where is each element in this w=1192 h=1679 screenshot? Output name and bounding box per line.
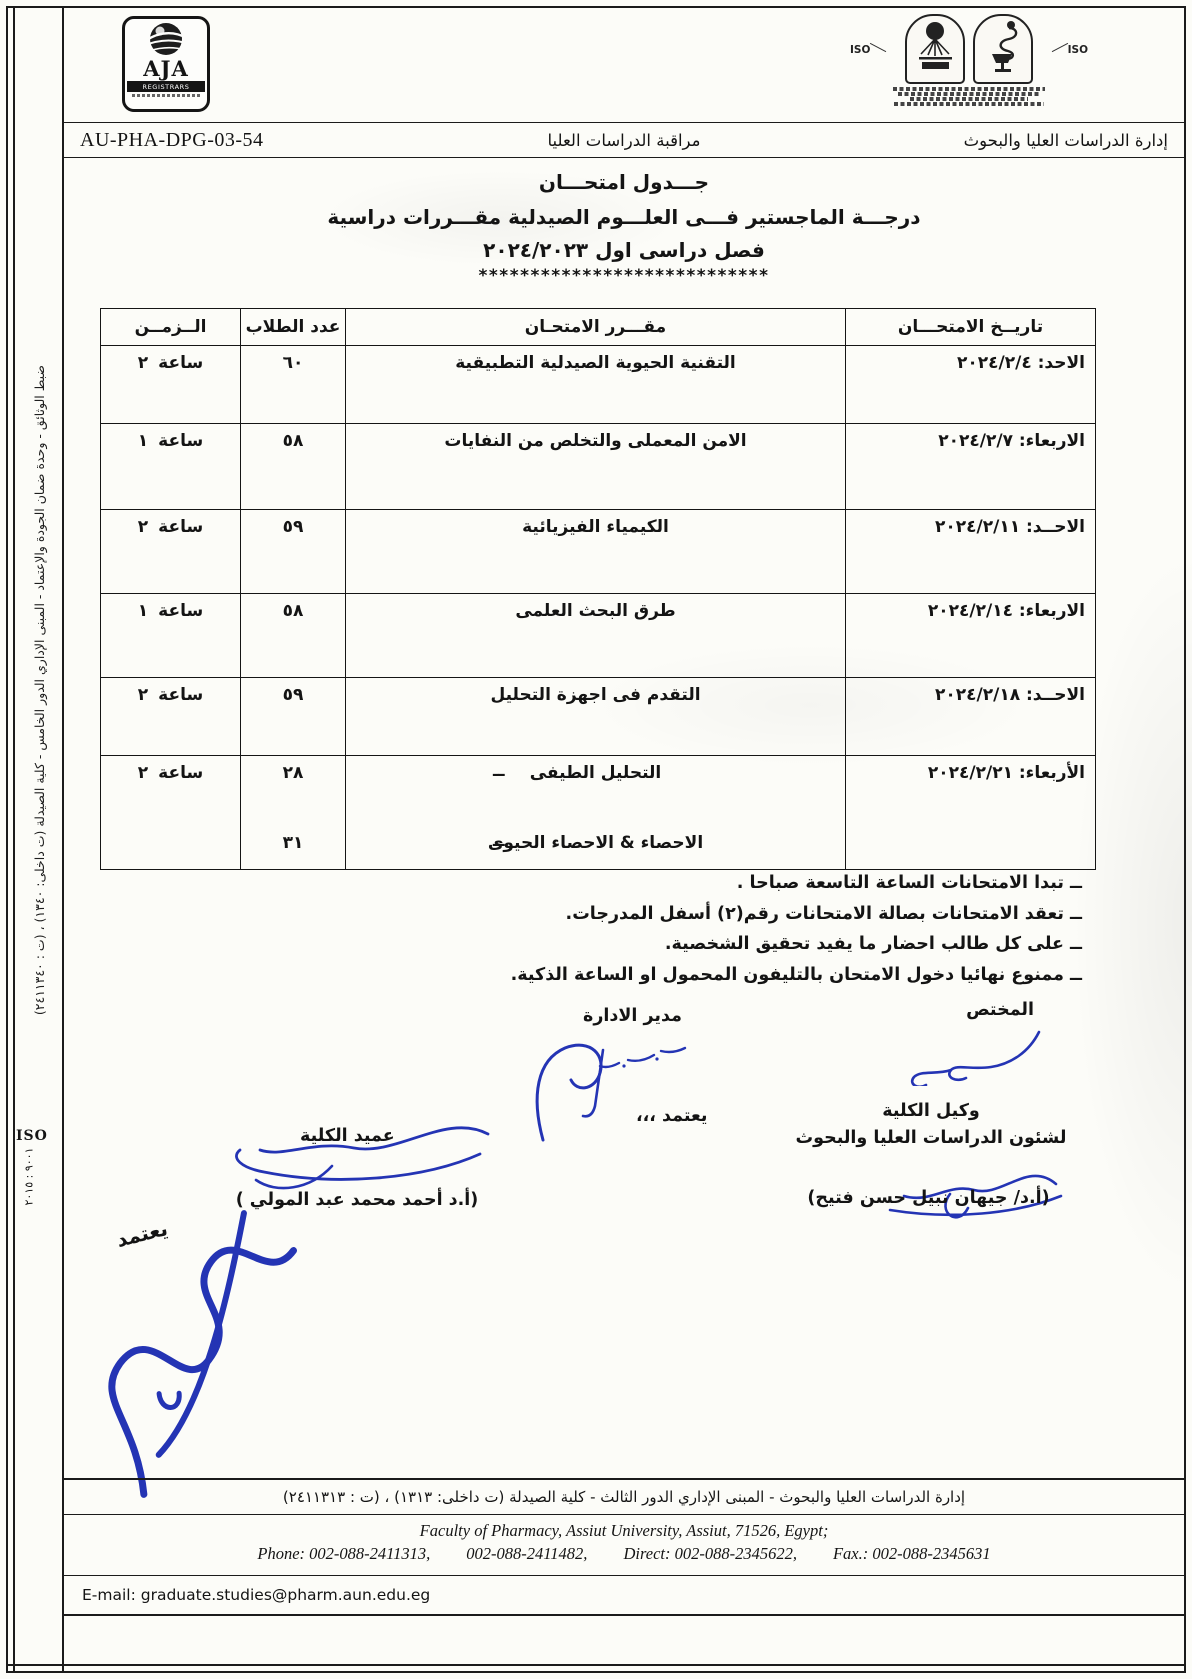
table-row: الاحد: ٢٠٢٤/٢/٤التقنية الحيوية الصيدلية … [101,346,1096,424]
note-item: ــ تبدا الامتحانات الساعة التاسعة صباحا … [120,872,1082,896]
student-count-cell: ٢٨٣١ [241,756,346,870]
certification-stamps: ISO ISO [884,14,1054,107]
exam-date-cell: الاحــد: ٢٠٢٤/٢/١١ [846,510,1096,594]
duration-cell: ٢ساعة [101,346,241,424]
student-count-cell: ٥٨ [241,594,346,678]
student-count-cell: ٥٨ [241,424,346,510]
header-center-label: مراقبة الدراسات العليا [548,131,701,150]
footer-phone-direct: Direct: 002-088-2345622, [623,1544,797,1564]
column-header-student-count: عدد الطلاب [241,309,346,346]
exam-date-cell: الأربعاء: ٢٠٢٤/٢/٢١ [846,756,1096,870]
document-code: AU-PHA-DPG-03-54 [80,129,264,152]
table-row: الاربعاء: ٢٠٢٤/٢/٧الامن المعملى والتخلص … [101,424,1096,510]
footer-email: E-mail: graduate.studies@pharm.aun.edu.e… [64,1575,1184,1616]
table-row: الاحــد: ٢٠٢٤/٢/١١الكيمياء الفيزيائية٥٩٢… [101,510,1096,594]
table-row: الاحــد: ٢٠٢٤/٢/١٨التقدم فى اجهزة التحلي… [101,678,1096,756]
vice-dean-name: (أ.د/ جيهان نبيل حسن فتيح) [771,1188,1086,1208]
column-header-exam-course: مقـــرر الامتحـان [346,309,846,346]
footer-arabic-address: إدارة الدراسات العليا والبحوث - المبنى ا… [64,1478,1184,1515]
university-seal [905,14,965,84]
vice-dean-title-line2: لشئون الدراسات العليا والبحوث [781,1125,1081,1152]
exam-date-cell: الاحد: ٢٠٢٤/٢/٤ [846,346,1096,424]
column-header-duration: الــزمــن [101,309,241,346]
notes-list: ــ تبدا الامتحانات الساعة التاسعة صباحا … [120,872,1082,995]
exam-course-cell: طرق البحث العلمى [346,594,846,678]
specialist-label: المختص [966,1000,1034,1020]
header-right-label: إدارة الدراسات العليا والبحوث [964,131,1168,150]
student-count: ٦٠ [242,353,344,373]
student-count-cell: ٥٩ [241,510,346,594]
title-line-1: جـــدول امتحـــان [64,170,1184,194]
course-name: طرق البحث العلمى [347,601,844,621]
globe-icon [137,19,195,59]
title-line-2: درجـــة الماجستير فـــى العلـــوم الصيدل… [64,205,1184,229]
page-border-inner-left [13,6,15,1673]
student-count: ٥٨ [242,601,344,621]
exam-table-body: الاحد: ٢٠٢٤/٢/٤التقنية الحيوية الصيدلية … [101,346,1096,870]
course-dash-marker: ــ [493,831,505,851]
exam-date-cell: الاربعاء: ٢٠٢٤/٢/١٤ [846,594,1096,678]
student-count: ٥٨ [242,431,344,451]
duration-cell: ١ساعة [101,594,241,678]
footer-english-address: Faculty of Pharmacy, Assiut University, … [64,1515,1184,1541]
course-dash-marker: ــ [493,761,505,781]
title-separator-stars: **************************** [64,266,1184,286]
exam-course-cell: التقدم فى اجهزة التحليل [346,678,846,756]
student-count: ٥٩ [242,685,344,705]
student-count-cell: ٥٩ [241,678,346,756]
stamp-caption-fineprint [893,87,1045,106]
exam-course-cell: الامن المعملى والتخلص من النفايات [346,424,846,510]
duration-cell: ٢ساعة [101,678,241,756]
scanned-document-page: ضبط الوثائق - وحدة ضمان الجودة والإعتماد… [0,0,1192,1679]
course-name: ــالاحصاء & الاحصاء الحيوى [347,833,844,853]
document-header-strip: AU-PHA-DPG-03-54 مراقبة الدراسات العليا … [64,122,1184,158]
document-title-block: جـــدول امتحـــان درجـــة الماجستير فـــ… [64,170,1184,286]
sidebar-vertical-text: ضبط الوثائق - وحدة ضمان الجودة والإعتماد… [32,365,52,1195]
specialist-signature [899,1020,1051,1086]
pharmacy-seal-icon [978,16,1029,77]
footer-phone-line: Phone: 002-088-2411313, 002-088-2411482,… [64,1541,1184,1571]
note-item: ــ على كل طالب احضار ما يفيد تحقيق الشخص… [120,933,1082,957]
footer-fax: Fax.: 002-088-2345631 [833,1544,991,1564]
table-header-row: تاريــخ الامتحـــان مقـــرر الامتحـان عد… [101,309,1096,346]
duration-cell: ٢ساعة [101,510,241,594]
course-name: الكيمياء الفيزيائية [347,517,844,537]
table-row: الأربعاء: ٢٠٢٤/٢/٢١ــالتحليل الطيفىــالا… [101,756,1096,870]
student-count: ٥٩ [242,517,344,537]
aja-logo-fineprint [132,94,200,97]
vice-dean-title-line1: وكيل الكلية [781,1098,1081,1125]
aja-registrars-logo: AJA REGISTRARS [122,16,210,112]
signature-zone: المختص مدير الادارة يعتمد ،،، وكيل الكلي… [64,1000,1184,1480]
exam-schedule-table: تاريــخ الامتحـــان مقـــرر الامتحـان عد… [100,308,1096,870]
title-line-3: فصل دراسى اول ٢٠٢٤/٢٠٢٣ [64,238,1184,262]
sidebar-iso-label: ISO [16,1128,48,1144]
aja-logo-subtitle: REGISTRARS [127,81,205,92]
table-row: الاربعاء: ٢٠٢٤/٢/١٤طرق البحث العلمى٥٨١سا… [101,594,1096,678]
course-name: التقنية الحيوية الصيدلية التطبيقية [347,353,844,373]
aja-logo-title: AJA [125,58,207,79]
note-item: ــ ممنوع نهائيا دخول الامتحان بالتليفون … [120,964,1082,988]
document-footer: إدارة الدراسات العليا والبحوث - المبنى ا… [64,1478,1184,1616]
university-seal-icon [910,16,961,77]
footer-phone-1: Phone: 002-088-2411313, [257,1544,430,1564]
pharmacy-seal [973,14,1033,84]
duration-cell: ٢ساعة [101,756,241,870]
note-item: ــ تعقد الامتحانات بصالة الامتحانات رقم(… [120,903,1082,927]
exam-course-cell: ــالتحليل الطيفىــالاحصاء & الاحصاء الحي… [346,756,846,870]
footer-phone-2: 002-088-2411482, [466,1544,587,1564]
exam-date-cell: الاربعاء: ٢٠٢٤/٢/٧ [846,424,1096,510]
page-border-inner-bottom [6,1664,1186,1666]
column-header-exam-date: تاريــخ الامتحـــان [846,309,1096,346]
iso-left-label: ISO [850,44,870,56]
student-count-cell: ٦٠ [241,346,346,424]
approve-label: يعتمد ،،، [636,1106,707,1126]
exam-date-cell: الاحــد: ٢٠٢٤/٢/١٨ [846,678,1096,756]
sidebar-iso-number: ٩٠٠١ : ٢٠١٥ [23,1148,36,1258]
duration-cell: ١ساعة [101,424,241,510]
course-name: الامن المعملى والتخلص من النفايات [347,431,844,451]
course-name: ــالتحليل الطيفى [347,763,844,783]
course-name: التقدم فى اجهزة التحليل [347,685,844,705]
student-count: ٣١ [242,833,344,853]
student-count: ٢٨ [242,763,344,783]
exam-course-cell: الكيمياء الفيزيائية [346,510,846,594]
vice-dean-title: وكيل الكلية لشئون الدراسات العليا والبحو… [781,1098,1081,1152]
exam-course-cell: التقنية الحيوية الصيدلية التطبيقية [346,346,846,424]
iso-right-label: ISO [1068,44,1088,56]
